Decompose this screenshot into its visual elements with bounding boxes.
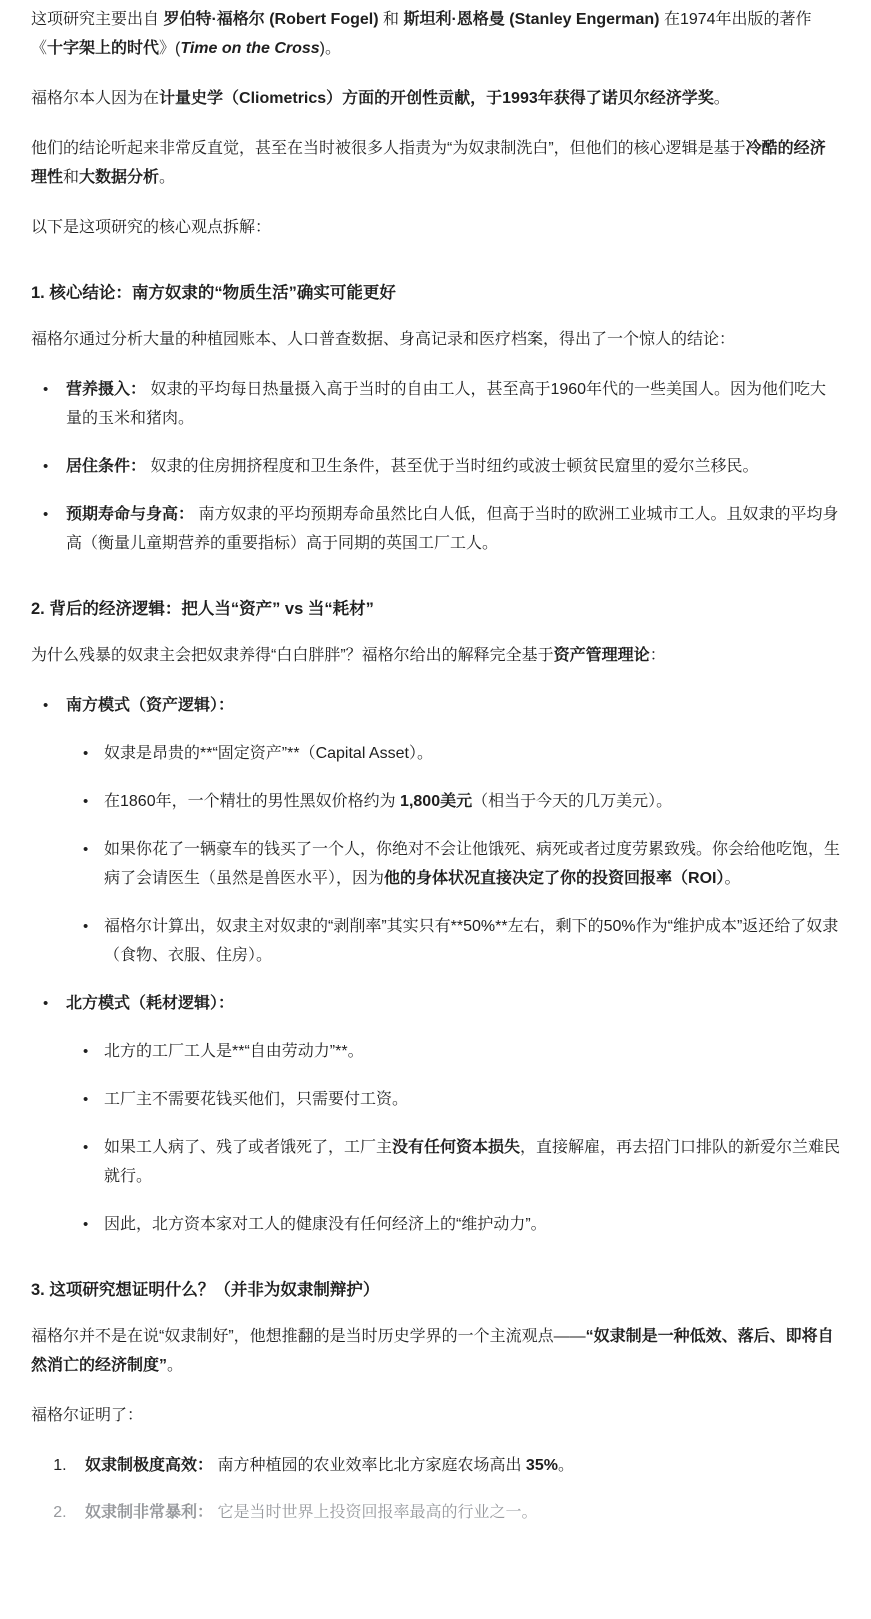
text-run: 奴隶制极度高效： [85, 1457, 213, 1474]
text-run: 因此，北方资本家对工人的健康没有任何经济上的“维护动力”。 [104, 1216, 547, 1233]
text-run: 在1860年，一个精壮的男性黑奴价格约为 [104, 793, 400, 810]
text-run: 罗伯特·福格尔 (Robert Fogel) [163, 11, 378, 28]
text-run: Time on the Cross [180, 40, 319, 57]
chat-response-document: 这项研究主要出自 罗伯特·福格尔 (Robert Fogel) 和 斯坦利·恩格… [0, 0, 871, 1535]
text-run: 。 [714, 90, 730, 107]
text-run: 居住条件： [66, 458, 146, 475]
text-run: （相当于今天的几万美元）。 [472, 793, 672, 810]
text-run: 为什么残暴的奴隶主会把奴隶养得“白白胖胖”？福格尔给出的解释完全基于 [31, 647, 554, 664]
list-item: 奴隶制极度高效： 南方种植园的农业效率比北方家庭农场高出 35%。 [71, 1451, 841, 1480]
text-run: 预期寿命与身高： [66, 506, 194, 523]
list-item: 如果工人病了、残了或者饿死了，工厂主没有任何资本损失，直接解雇，再去招门口排队的… [66, 1133, 841, 1191]
text-run: 北方模式（耗材逻辑）： [66, 995, 234, 1012]
document-body: 这项研究主要出自 罗伯特·福格尔 (Robert Fogel) 和 斯坦利·恩格… [31, 5, 841, 1527]
list-item: 北方模式（耗材逻辑）：北方的工厂工人是**“自由劳动力”**。工厂主不需要花钱买… [31, 989, 841, 1239]
text-run: 1. 核心结论：南方奴隶的“物质生活”确实可能更好 [31, 284, 396, 302]
text-run: 35% [526, 1457, 558, 1474]
bullet-list: 南方模式（资产逻辑）：奴隶是昂贵的**“固定资产”**（Capital Asse… [31, 691, 841, 1239]
text-run: 。 [558, 1457, 574, 1474]
text-run: 2. 背后的经济逻辑：把人当“资产” vs 当“耗材” [31, 600, 374, 618]
paragraph: 他们的结论听起来非常反直觉，甚至在当时被很多人指责为“为奴隶制洗白”，但他们的核… [31, 134, 841, 192]
text-run: 福格尔本人因为在 [31, 90, 159, 107]
section-heading: 1. 核心结论：南方奴隶的“物质生活”确实可能更好 [31, 279, 841, 308]
text-run: 它是当时世界上投资回报率最高的行业之一。 [213, 1504, 537, 1521]
list-item: 南方模式（资产逻辑）：奴隶是昂贵的**“固定资产”**（Capital Asse… [31, 691, 841, 970]
text-run: 南方种植园的农业效率比北方家庭农场高出 [213, 1457, 526, 1474]
text-run: 和 [379, 11, 404, 28]
list-item: 奴隶制非常暴利： 它是当时世界上投资回报率最高的行业之一。 [71, 1498, 841, 1527]
list-item: 如果你花了一辆豪车的钱买了一个人，你绝对不会让他饿死、病死或者过度劳累致残。你会… [66, 835, 841, 893]
text-run: 奴隶是昂贵的**“固定资产”**（Capital Asset）。 [104, 745, 433, 762]
paragraph: 福格尔通过分析大量的种植园账本、人口普查数据、身高记录和医疗档案，得出了一个惊人… [31, 325, 841, 354]
text-run: 。 [159, 169, 175, 186]
text-run: )。 [320, 40, 341, 57]
text-run: 计量史学（Cliometrics）方面的开创性贡献，于1993年获得了诺贝尔经济… [159, 90, 714, 107]
paragraph: 这项研究主要出自 罗伯特·福格尔 (Robert Fogel) 和 斯坦利·恩格… [31, 5, 841, 63]
text-run: 福格尔并不是在说“奴隶制好”，他想推翻的是当时历史学界的一个主流观点—— [31, 1328, 586, 1345]
section-heading: 2. 背后的经济逻辑：把人当“资产” vs 当“耗材” [31, 595, 841, 624]
text-run: 福格尔通过分析大量的种植园账本、人口普查数据、身高记录和医疗档案，得出了一个惊人… [31, 331, 735, 348]
text-run: 北方的工厂工人是**“自由劳动力”**。 [104, 1043, 364, 1060]
list-item: 在1860年，一个精壮的男性黑奴价格约为 1,800美元（相当于今天的几万美元）… [66, 787, 841, 816]
section-heading: 3. 这项研究想证明什么？（并非为奴隶制辩护） [31, 1276, 841, 1305]
text-run: 他的身体状况直接决定了你的投资回报率（ROI） [384, 870, 724, 887]
bullet-list: 营养摄入： 奴隶的平均每日热量摄入高于当时的自由工人，甚至高于1960年代的一些… [31, 375, 841, 558]
text-run: 以下是这项研究的核心观点拆解： [31, 219, 271, 236]
text-run: 福格尔计算出，奴隶主对奴隶的“剥削率”其实只有**50%**左右，剩下的50%作… [104, 918, 838, 964]
text-run: 斯坦利·恩格曼 (Stanley Engerman) [403, 11, 659, 28]
paragraph: 福格尔并不是在说“奴隶制好”，他想推翻的是当时历史学界的一个主流观点——“奴隶制… [31, 1322, 841, 1380]
text-run: 奴隶制非常暴利： [85, 1504, 213, 1521]
text-run: 奴隶的平均每日热量摄入高于当时的自由工人，甚至高于1960年代的一些美国人。因为… [66, 381, 826, 427]
text-run: 营养摄入： [66, 381, 146, 398]
list-item: 工厂主不需要花钱买他们，只需要付工资。 [66, 1085, 841, 1114]
text-run: 这项研究主要出自 [31, 11, 163, 28]
text-run: 如果工人病了、残了或者饿死了，工厂主 [104, 1139, 392, 1156]
nested-bullet-list: 北方的工厂工人是**“自由劳动力”**。工厂主不需要花钱买他们，只需要付工资。如… [66, 1037, 841, 1239]
paragraph: 以下是这项研究的核心观点拆解： [31, 213, 841, 242]
text-run: 3. 这项研究想证明什么？（并非为奴隶制辩护） [31, 1281, 379, 1299]
text-run: 。 [167, 1357, 183, 1374]
list-item: 福格尔计算出，奴隶主对奴隶的“剥削率”其实只有**50%**左右，剩下的50%作… [66, 912, 841, 970]
text-run: 他们的结论听起来非常反直觉，甚至在当时被很多人指责为“为奴隶制洗白”，但他们的核… [31, 140, 746, 157]
paragraph: 为什么残暴的奴隶主会把奴隶养得“白白胖胖”？福格尔给出的解释完全基于资产管理理论… [31, 641, 841, 670]
ordered-list: 奴隶制极度高效： 南方种植园的农业效率比北方家庭农场高出 35%。奴隶制非常暴利… [31, 1451, 841, 1527]
text-run: 没有任何资本损失 [392, 1139, 520, 1156]
list-item: 奴隶是昂贵的**“固定资产”**（Capital Asset）。 [66, 739, 841, 768]
text-run: 工厂主不需要花钱买他们，只需要付工资。 [104, 1091, 408, 1108]
text-run: 奴隶的住房拥挤程度和卫生条件，甚至优于当时纽约或波士顿贫民窟里的爱尔兰移民。 [146, 458, 758, 475]
text-run: 。 [724, 870, 740, 887]
list-item: 居住条件： 奴隶的住房拥挤程度和卫生条件，甚至优于当时纽约或波士顿贫民窟里的爱尔… [31, 452, 841, 481]
list-item: 北方的工厂工人是**“自由劳动力”**。 [66, 1037, 841, 1066]
paragraph: 福格尔证明了： [31, 1401, 841, 1430]
text-run: 1,800美元 [400, 793, 472, 810]
list-item: 营养摄入： 奴隶的平均每日热量摄入高于当时的自由工人，甚至高于1960年代的一些… [31, 375, 841, 433]
paragraph: 福格尔本人因为在计量史学（Cliometrics）方面的开创性贡献，于1993年… [31, 84, 841, 113]
text-run: ： [650, 647, 666, 664]
list-item: 预期寿命与身高： 南方奴隶的平均预期寿命虽然比白人低，但高于当时的欧洲工业城市工… [31, 500, 841, 558]
nested-bullet-list: 奴隶是昂贵的**“固定资产”**（Capital Asset）。在1860年，一… [66, 739, 841, 970]
text-run: 福格尔证明了： [31, 1407, 143, 1424]
text-run: 资产管理理论 [554, 647, 650, 664]
text-run: 南方模式（资产逻辑）： [66, 697, 234, 714]
list-item: 因此，北方资本家对工人的健康没有任何经济上的“维护动力”。 [66, 1210, 841, 1239]
text-run: 》( [159, 40, 180, 57]
text-run: 十字架上的时代 [47, 40, 159, 57]
text-run: 和 [63, 169, 79, 186]
text-run: 大数据分析 [79, 169, 159, 186]
